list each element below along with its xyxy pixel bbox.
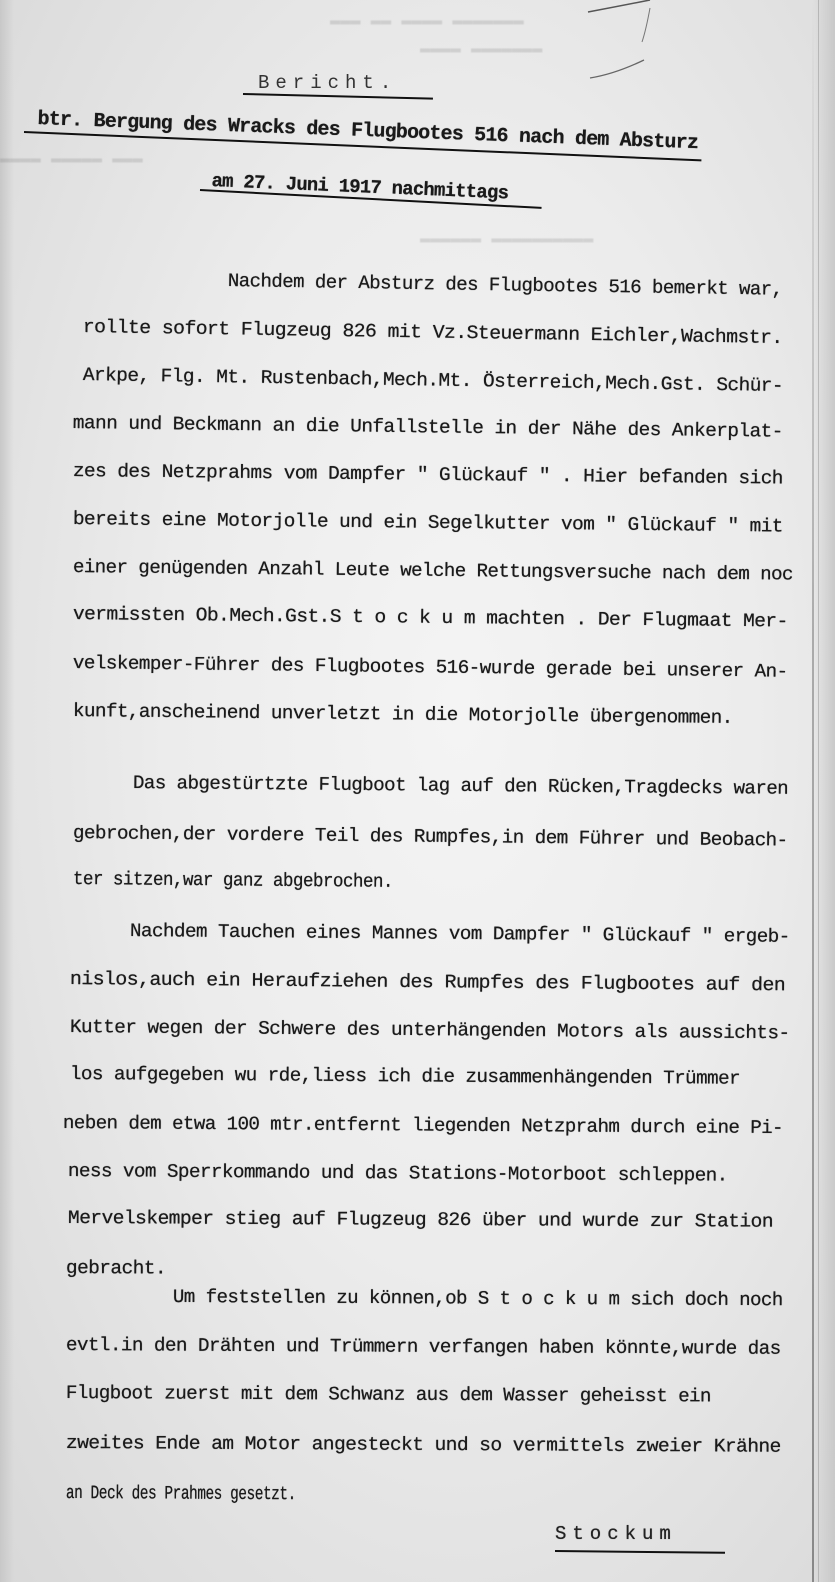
body-line: mann und Beckmann an die Unfallstelle in… xyxy=(73,412,783,443)
body-line: Kutter wegen der Schwere des unterhängen… xyxy=(70,1016,790,1044)
body-line: zes des Netzprahms vom Dampfer " Glückau… xyxy=(73,460,783,489)
body-line: rollte sofort Flugzeug 826 mit Vz.Steuer… xyxy=(83,316,783,349)
page-edge-shadow-right xyxy=(813,0,835,1582)
margin-fold-line-secondary xyxy=(818,0,819,1582)
body-line: Arkpe, Flg. Mt. Rustenbach,Mech.Mt. Öste… xyxy=(83,364,784,397)
body-line: evtl.in den Drähten und Trümmern verfang… xyxy=(66,1334,781,1360)
signature: Stockum xyxy=(555,1523,677,1545)
show-through-bleed: ▬▬▬ ▬▬ ▬▬▬▬ ▬▬▬▬▬▬▬ xyxy=(330,12,524,31)
margin-fold-line xyxy=(812,0,814,1582)
signature-underline xyxy=(555,1550,725,1554)
document-page: ▬▬▬ ▬▬ ▬▬▬▬ ▬▬▬▬▬▬▬ ▬▬▬▬ ▬▬▬▬▬▬▬ ▬▬▬▬ ▬▬… xyxy=(0,0,835,1582)
body-line: Das abgestürtzte Flugboot lag auf den Rü… xyxy=(133,772,788,800)
body-line: neben dem etwa 100 mtr.entfernt liegende… xyxy=(63,1112,783,1139)
body-line: ter sitzen,war ganz abgebrochen. xyxy=(73,868,393,893)
body-line: Mervelskemper stieg auf Flugzeug 826 übe… xyxy=(68,1207,773,1233)
body-line: zweites Ende am Motor angesteckt und so … xyxy=(66,1432,781,1458)
body-line: Um feststellen zu können,ob S t o c k u … xyxy=(173,1286,783,1311)
body-line: ness vom Sperrkommando und das Stations-… xyxy=(68,1160,728,1187)
show-through-bleed: ▬▬▬▬ ▬▬▬▬▬ ▬▬▬ xyxy=(0,150,143,169)
body-line: los aufgegeben wu rde,liess ich die zusa… xyxy=(70,1063,740,1090)
body-line: Nachdem Tauchen eines Mannes vom Dampfer… xyxy=(130,920,790,948)
pen-mark xyxy=(580,0,670,90)
body-line: velskemper-Führer des Flugbootes 516-wur… xyxy=(73,652,788,683)
body-line: an Deck des Prahmes gesetzt. xyxy=(66,1482,296,1505)
body-line: bereits eine Motorjolle und ein Segelkut… xyxy=(73,508,783,537)
body-line: kunft,anscheinend unverletzt in die Moto… xyxy=(73,700,733,729)
page-edge-shadow xyxy=(0,0,14,1582)
body-line: Flugboot zuerst mit dem Schwanz aus dem … xyxy=(66,1382,711,1407)
body-line: nislos,auch ein Heraufziehen des Rumpfes… xyxy=(70,968,785,996)
show-through-bleed: ▬▬▬▬▬▬ ▬▬▬▬▬▬▬▬▬▬ xyxy=(420,230,593,249)
body-line: einer genügenden Anzahl Leute welche Ret… xyxy=(73,556,793,586)
body-line: vermissten Ob.Mech.Gst.S t o c k u m mac… xyxy=(73,603,788,632)
document-title: Bericht. xyxy=(258,72,391,94)
body-line: gebrochen,der vordere Teil des Rumpfes,i… xyxy=(73,822,788,851)
body-line: Nachdem der Absturz des Flugbootes 516 b… xyxy=(228,270,783,301)
body-line: gebracht. xyxy=(66,1257,166,1280)
document-subtitle: btr. Bergung des Wracks des Flugbootes 5… xyxy=(37,108,698,155)
show-through-bleed: ▬▬▬▬ ▬▬▬▬▬▬▬ xyxy=(420,40,542,59)
